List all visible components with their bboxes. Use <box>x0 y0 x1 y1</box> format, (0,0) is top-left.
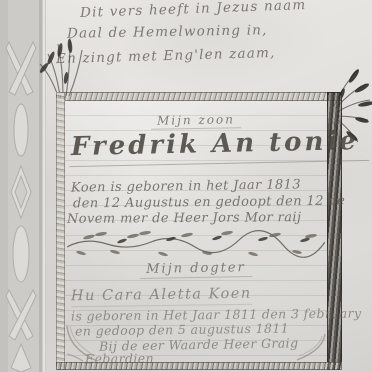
son-name: Fredrik An tonie <box>69 126 370 167</box>
corner-ornament-left-icon <box>65 324 99 362</box>
daughter-name: Hu Cara Aletta Koen <box>71 286 252 308</box>
son-heading: Mijn zoon <box>151 112 241 130</box>
frame-edge-left <box>56 92 65 370</box>
son-detail-line-3: Novem mer de Heer Jors Mor raij <box>67 210 301 227</box>
frame-interior: Mijn zoon Fredrik An tonie Koen is gebor… <box>65 101 327 362</box>
leaf-flourish-left-icon <box>36 26 98 98</box>
verse-line-1: Dit vers heeft in Jezus naam <box>80 0 307 21</box>
son-detail-line-1: Koen is geboren in het Jaar 1813 <box>71 177 301 195</box>
son-detail-line-2: den 12 Augustus en gedoopt den 12 de <box>73 194 345 212</box>
vine-divider-icon <box>67 227 325 261</box>
daughter-heading: Mijn dogter <box>140 260 252 279</box>
frame-edge-top <box>56 92 342 101</box>
scanned-page: Dit vers heeft in Jezus naam Daal de Hem… <box>0 0 372 372</box>
decorative-frame: Mijn zoon Fredrik An tonie Koen is gebor… <box>56 92 342 370</box>
corner-ornament-right-icon <box>293 332 327 362</box>
